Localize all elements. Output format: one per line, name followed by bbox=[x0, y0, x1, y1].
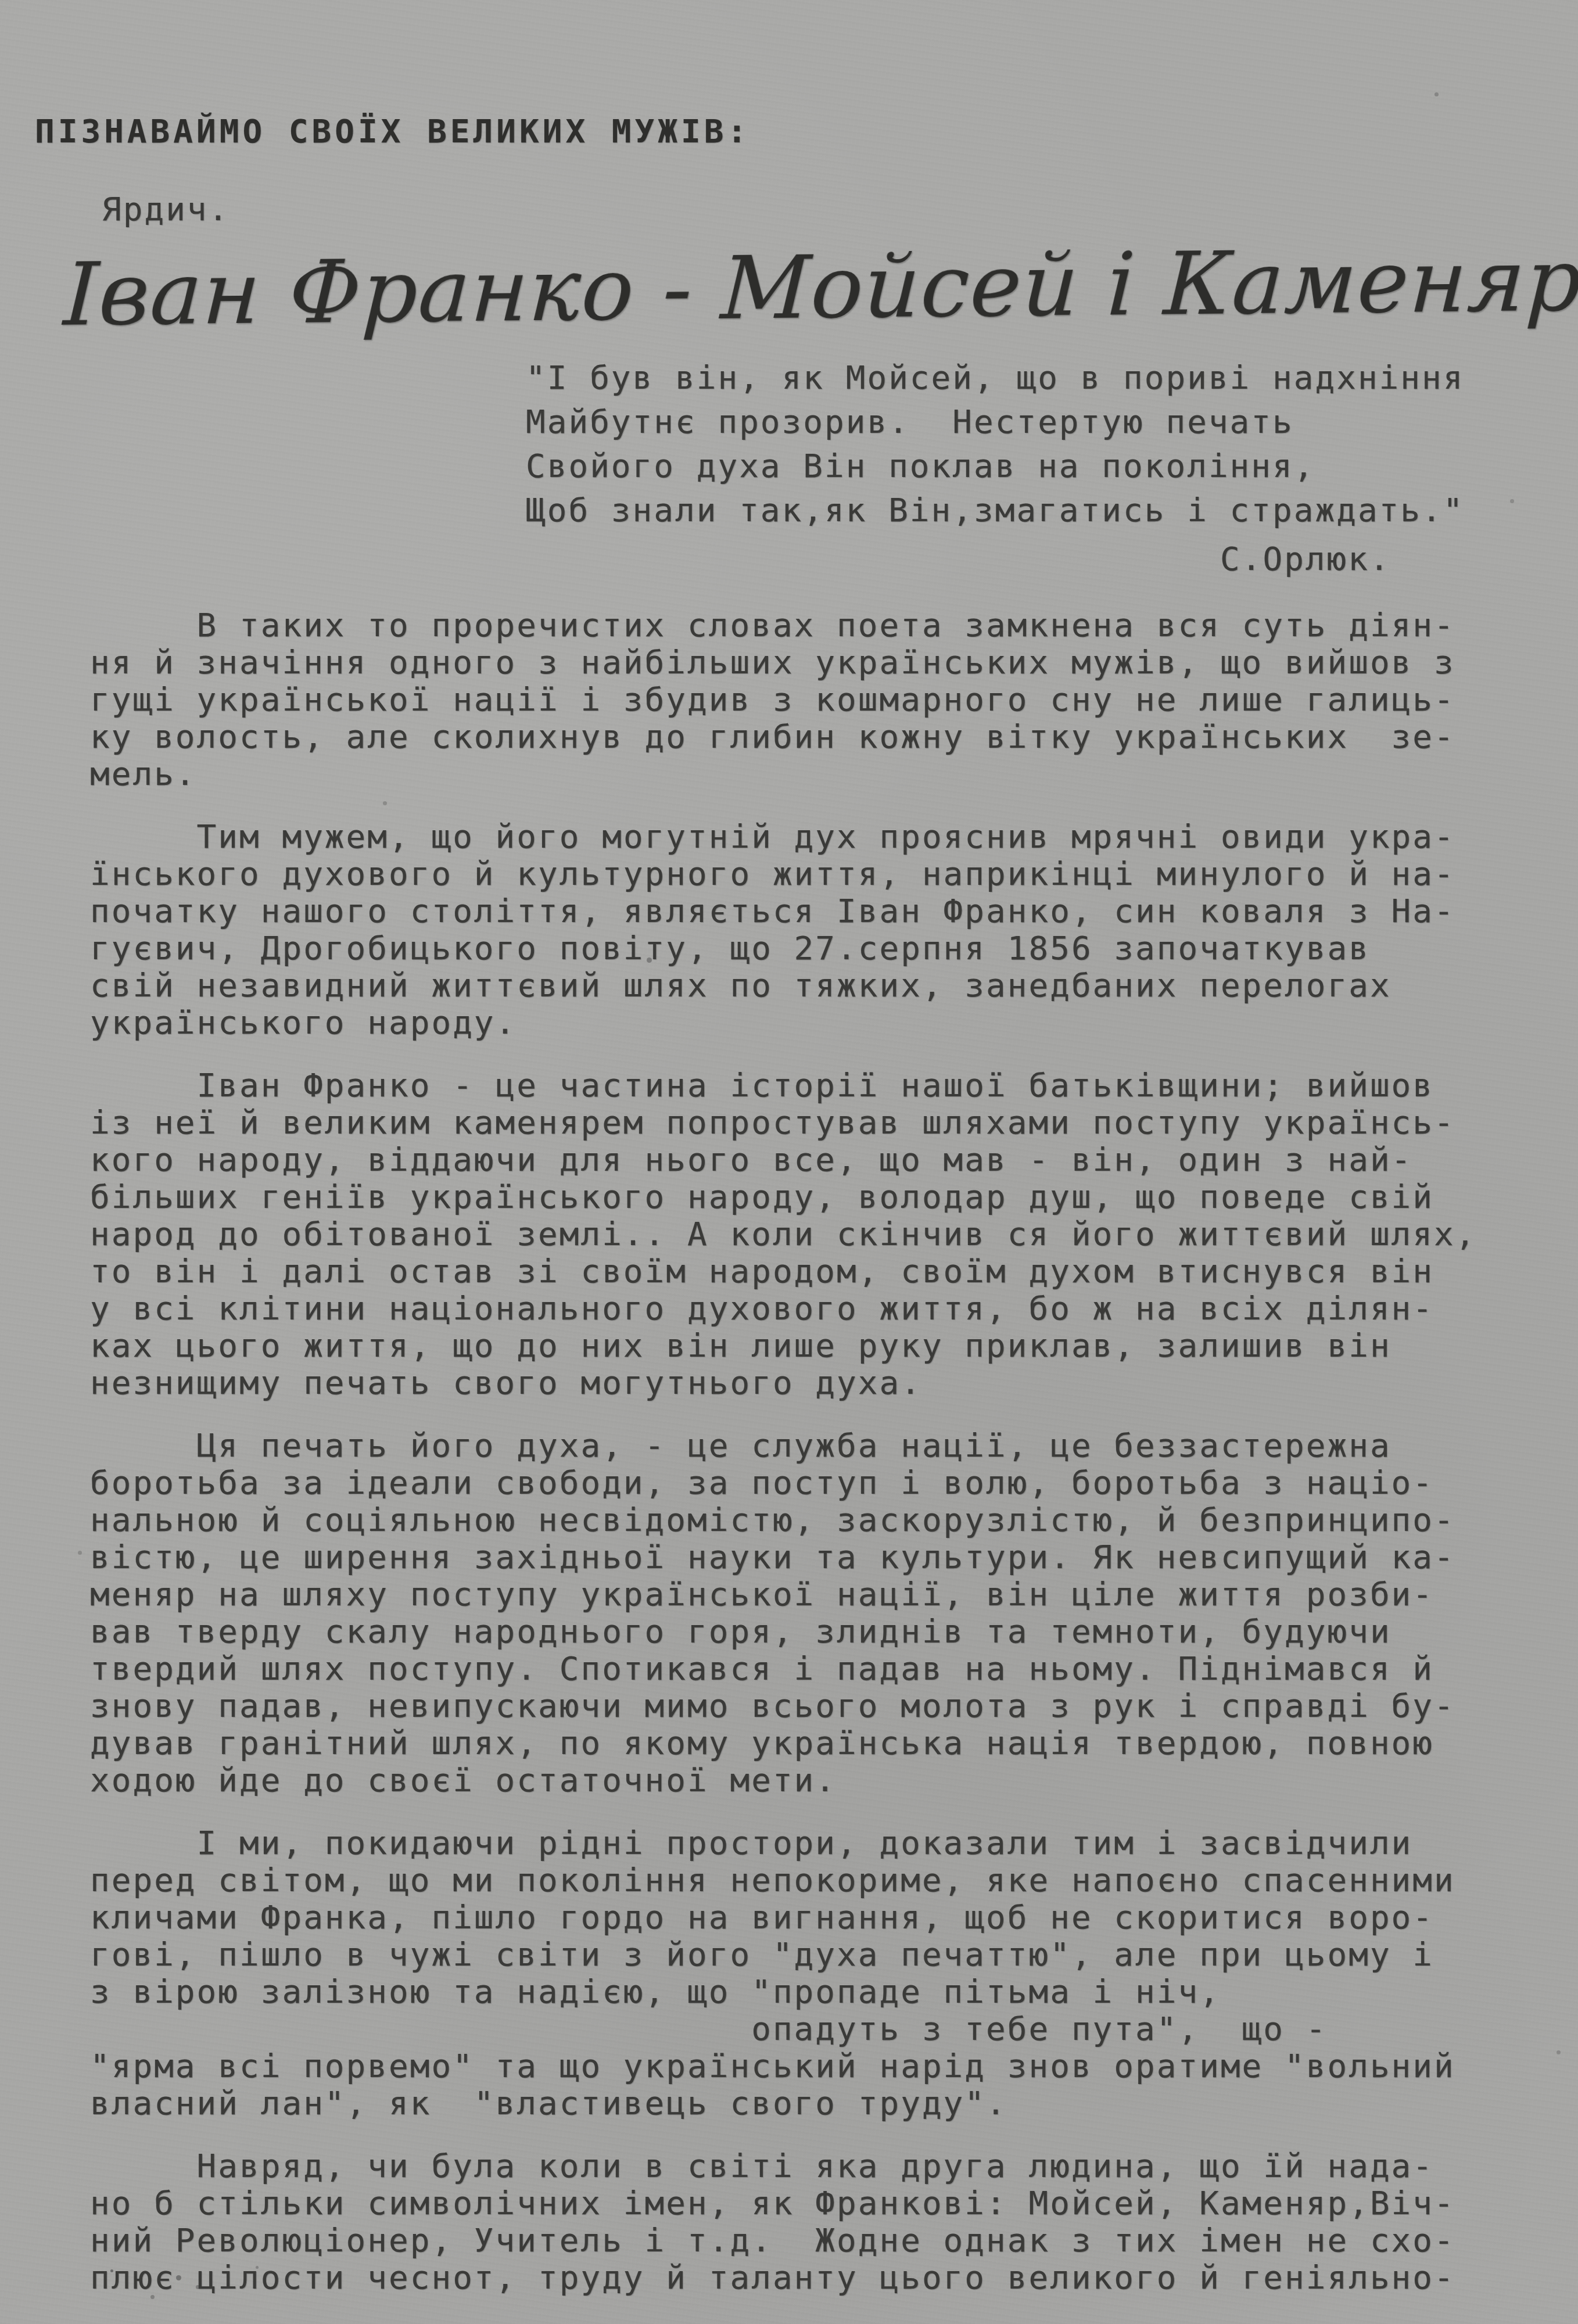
epigraph-verse: "І був він, як Мойсей, що в пориві надхн… bbox=[526, 356, 1545, 533]
author-byline: Ярдич. bbox=[102, 191, 1545, 228]
body-paragraph: Ця печать його духа, - це служба нації, … bbox=[90, 1428, 1545, 1799]
body-paragraph: Іван Франко - це частина історії нашої б… bbox=[90, 1067, 1545, 1402]
document-page: ПІЗНАВАЙМО СВОЇХ ВЕЛИКИХ МУЖІВ: Ярдич. І… bbox=[0, 0, 1578, 2324]
paper-specks bbox=[110, 2269, 113, 2272]
body-paragraph: В таких то проречистих словах поета замк… bbox=[90, 607, 1545, 793]
article-title-handwritten: Іван Франко - Мойсей і Каменяр bbox=[62, 225, 1548, 350]
epigraph-attribution: С.Орлюк. bbox=[1220, 541, 1545, 578]
series-header: ПІЗНАВАЙМО СВОЇХ ВЕЛИКИХ МУЖІВ: bbox=[35, 113, 1545, 150]
body-paragraph: І ми, покидаючи рідні простори, доказали… bbox=[90, 1825, 1545, 2122]
body-paragraph: Тим мужем, що його могутній дух прояснив… bbox=[90, 819, 1545, 1042]
body-paragraph: Навряд, чи була коли в світі яка друга л… bbox=[90, 2148, 1545, 2297]
